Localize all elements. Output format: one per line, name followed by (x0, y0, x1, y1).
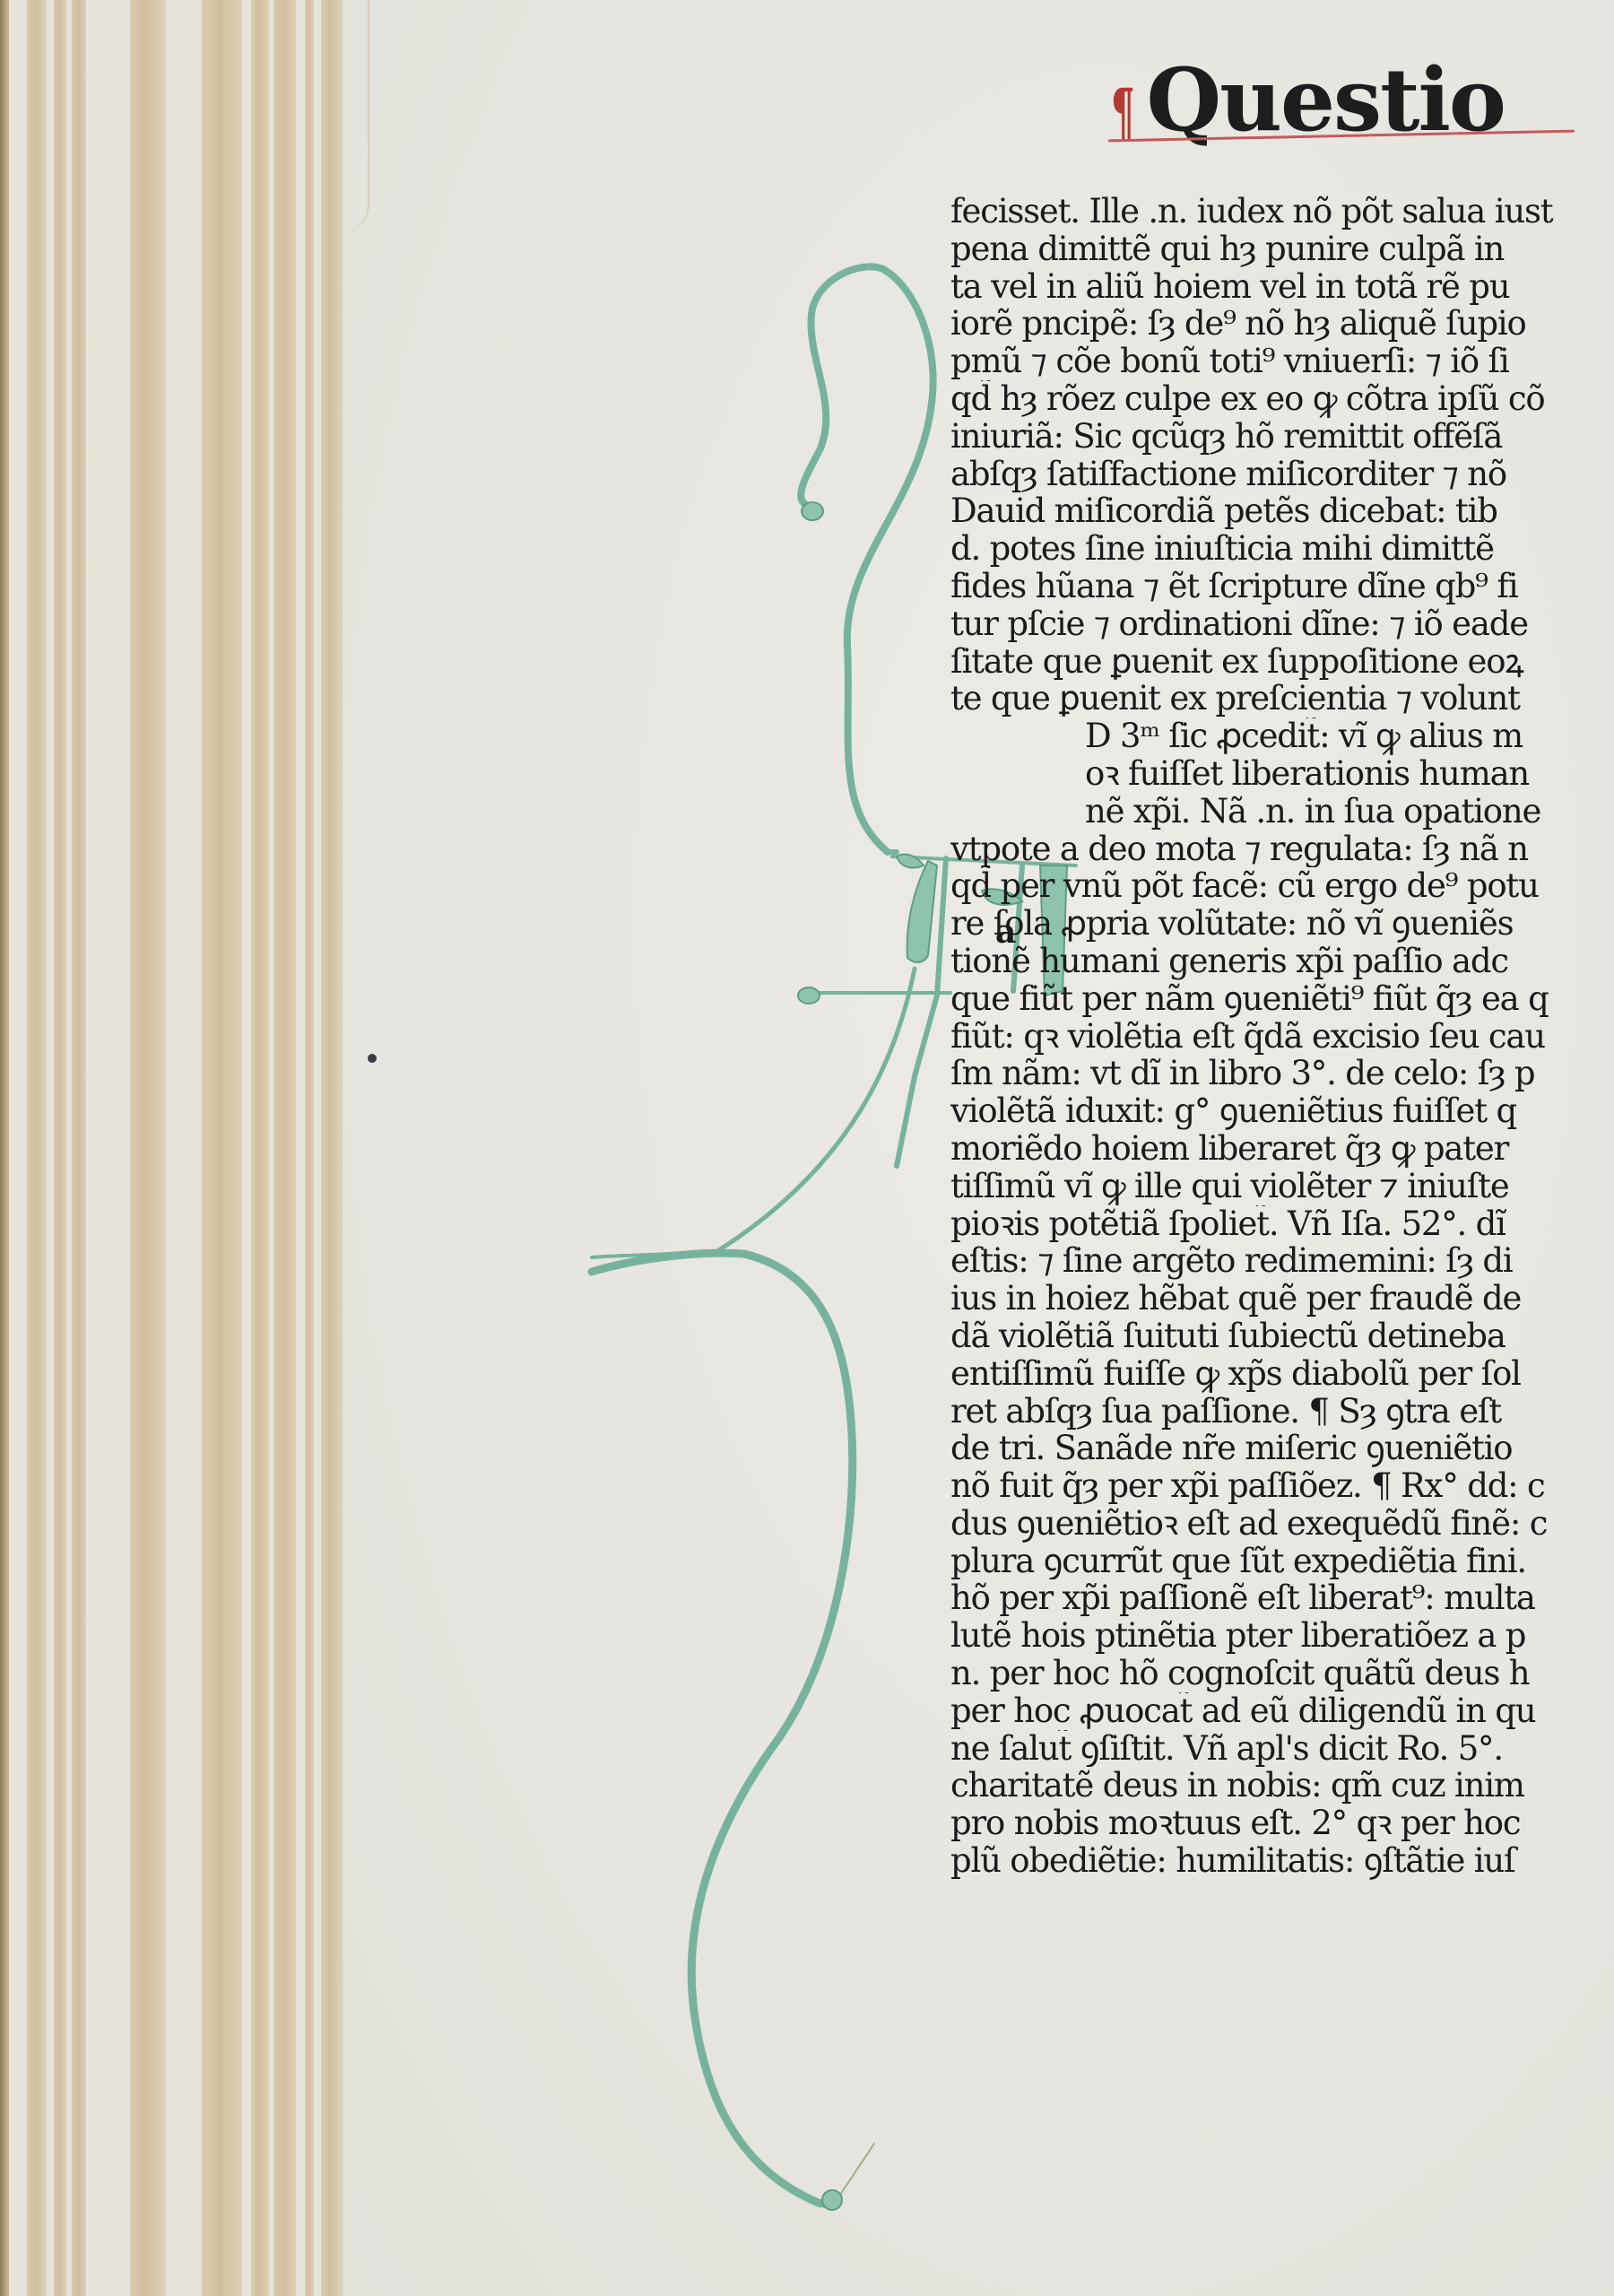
text-line: ſitate que ꝑuenit ex ſuppoſitione eoꝝ (950, 643, 1614, 681)
text-line: nõ fuit q̃ȝ per xp̃i paſſiõez. ¶ Rx° dd:… (950, 1467, 1614, 1505)
page-edge (305, 0, 314, 2296)
text-line: ret abſqȝ ſua paſſione. ¶ Sȝ ꝯtra eſt (950, 1393, 1614, 1431)
text-line: que fiũt per nãm ꝯueniẽti⁹ fiũt q̃ȝ ea q (950, 980, 1614, 1018)
text-line: fides hũana ⁊ ẽt ſcripture dĩne qb⁹ fi (950, 568, 1614, 605)
text-line: abſqȝ ſatiſfactione miſicorditer ⁊ nõ (950, 456, 1614, 493)
text-line: de tri. Sanãde nr̃e miſeric ꝯueniẽtio (950, 1430, 1614, 1467)
page-edge (202, 0, 242, 2296)
page-title: Questio (1147, 57, 1505, 143)
text-line: tionẽ humani generis xp̃i paſſio adc (950, 943, 1614, 980)
text-line: te que ꝑuenit ex preſcientia ⁊ volunt (950, 680, 1614, 717)
text-line: Dauid miſicordiã petẽs dicebat: tib (950, 492, 1614, 530)
book-page-stack (0, 0, 350, 2296)
text-line: plũ obediẽtie: humilitatis: ꝯſtãtie iuſ (950, 1842, 1614, 1880)
text-line: pro nobis moꝛtuus eſt. 2° qꝛ per hoc (950, 1805, 1614, 1842)
text-line: qd̃ per vnũ põt facẽ: cũ ergo de⁹ potu (950, 867, 1614, 905)
text-line: ius in hoiez hẽbat quẽ per fraudẽ de (950, 1280, 1614, 1318)
text-line: iniuriã: Sic qcũqȝ hõ remittit offẽſã (950, 418, 1614, 456)
binding-edge (0, 0, 9, 2296)
text-line: tur pſcie ⁊ ordinationi dĩne: ⁊ iõ eade (950, 605, 1614, 643)
text-line: ta vel in aliũ hoiem vel in totã rẽ pu (950, 268, 1614, 306)
page-edge (27, 0, 47, 2296)
text-line: ne ſalut̃ ꝯſiſtit. Vñ apl's dicit Ro. 5°… (950, 1730, 1614, 1768)
text-line: eſtis: ⁊ ſine argẽto redimemini: ſȝ di (950, 1242, 1614, 1280)
page-edge (54, 0, 66, 2296)
text-line: fiũt: qꝛ violẽtia eſt q̃dã excisio ſeu c… (950, 1018, 1614, 1056)
text-line: entiſſimũ fuiſſe ꝙ xp̃s diabolũ per ſol (950, 1355, 1614, 1393)
text-line: oꝛ fuiſſet liberationis human (950, 755, 1614, 793)
page-edge (251, 0, 269, 2296)
text-line: D 3ᵐ ſic ꝓcedit̃: vĩ ꝙ alius m (950, 717, 1614, 755)
ink-spot (368, 1054, 377, 1063)
text-line: ſm nãm: vt dĩ in libro 3°. de celo: ſȝ p (950, 1055, 1614, 1092)
page-edge (273, 0, 296, 2296)
text-line: lutẽ hois ptinẽtia pter liberatiõez a p (950, 1617, 1614, 1655)
running-head: ¶ Questio (1103, 27, 1505, 143)
text-column: fecisset. Ille .n. iudex nõ põt salua iu… (950, 193, 1614, 1880)
text-line: d. potes ſine iniuſticia mihi dimittẽ (950, 530, 1614, 568)
text-line: nẽ xp̃i. Nã .n. in ſua opatione (950, 793, 1614, 831)
page-edge (321, 0, 341, 2296)
text-line: moriẽdo hoiem liberaret q̃ȝ ꝙ pater (950, 1130, 1614, 1168)
text-line: n. per hoc hõ cognoſcit quãtũ deus h (950, 1655, 1614, 1692)
text-line: per hoc ꝓuocat̃ ad eũ diligendũ in qu (950, 1692, 1614, 1730)
text-line: violẽtã iduxit: g° ꝯueniẽtius fuiſſet q (950, 1092, 1614, 1130)
text-line: re ſola ꝓpria volũtate: nõ vĩ ꝯueniẽs (950, 905, 1614, 943)
text-line: plura ꝯcurrũt que ſũt expediẽtia fini. (950, 1543, 1614, 1580)
page-edge (72, 0, 86, 2296)
leaf-crease (341, 0, 369, 233)
text-line: tiſſimũ vĩ ꝙ ille qui violẽter ⁊ iniuſte (950, 1168, 1614, 1205)
text-line: qd̃ hȝ rõez culpe ex eo ꝙ cõtra ipſũ cõ (950, 380, 1614, 418)
text-line: iorẽ pncipẽ: ſȝ de⁹ nõ hȝ aliquẽ ſupio (950, 305, 1614, 343)
page-edge (130, 0, 166, 2296)
text-line: pena dimittẽ qui hȝ punire culpã in (950, 230, 1614, 268)
red-pilcrow-icon: ¶ (1111, 81, 1135, 143)
text-line: dus ꝯueniẽtioꝛ eſt ad exequẽdũ finẽ: c (950, 1505, 1614, 1543)
text-line: pmũ ⁊ cõe bonũ toti⁹ vniuerſi: ⁊ iõ ſi (950, 343, 1614, 380)
text-line: dã violẽtiã ſuituti ſubiectũ detineba (950, 1318, 1614, 1355)
text-line: vtpote a deo mota ⁊ regulata: ſȝ nã n (950, 831, 1614, 868)
photo-stage: ¶ Questio a fecisset. Ille .n. iudex nõ … (0, 0, 1614, 2296)
text-line: charitatẽ deus in nobis: qm̃ cuz inim (950, 1767, 1614, 1805)
text-line: fecisset. Ille .n. iudex nõ põt salua iu… (950, 193, 1614, 230)
text-line: pioꝛis potẽtiã ſpoliet̃. Vñ Iſa. 52°. dĩ (950, 1205, 1614, 1243)
text-line: hõ per xp̃i paſſionẽ eſt liberat⁹: multa (950, 1579, 1614, 1617)
